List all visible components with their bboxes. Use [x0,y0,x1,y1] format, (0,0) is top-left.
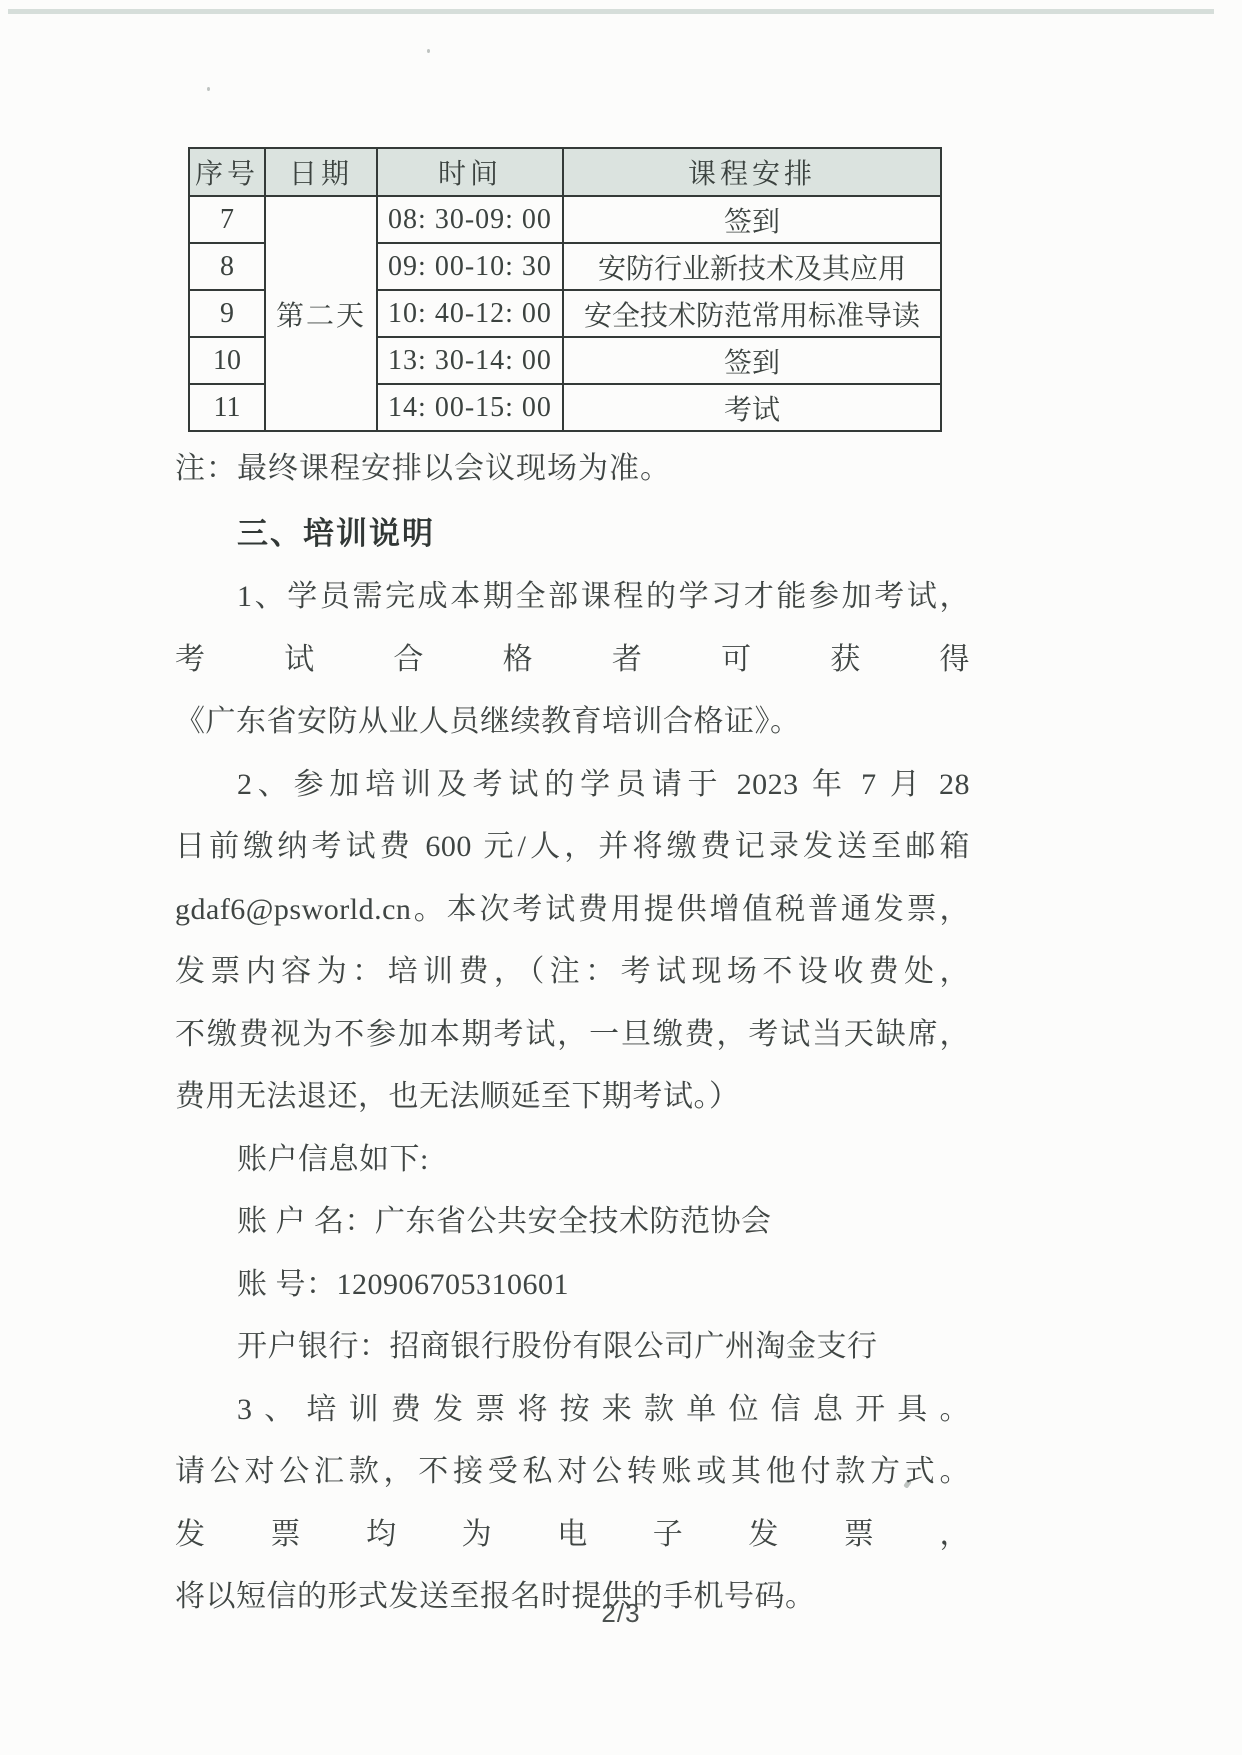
cell-course: 签到 [563,196,941,243]
schedule-header-cell: 日期 [265,148,377,196]
cell-course: 考试 [563,384,941,431]
cell-time: 08: 30-09: 00 [377,196,563,243]
paragraph: 3、培训费发票将按来款单位信息开具。请公对公汇款，不接受私对公转账或其他付款方式… [175,1379,970,1629]
scanner-edge-artifact [8,9,1214,14]
schedule-header-row: 序号日期时间课程安排 [189,148,941,196]
schedule-table: 序号日期时间课程安排 7第二天08: 30-09: 00签到809: 00-10… [188,147,942,432]
cell-sequence-number: 10 [189,337,265,384]
cell-time: 14: 00-15: 00 [377,384,563,431]
schedule-header-cell: 时间 [377,148,563,196]
paragraph: 2、参加培训及考试的学员请于 2023 年 7 月 28 日前缴纳考试费 600… [175,754,970,1129]
cell-course: 安防行业新技术及其应用 [563,243,941,290]
schedule-table-body: 7第二天08: 30-09: 00签到809: 00-10: 30安防行业新技术… [189,196,941,431]
cell-course: 签到 [563,337,941,384]
cell-sequence-number: 11 [189,384,265,431]
schedule-note: 注：最终课程安排以会议现场为准。 [175,438,970,500]
cell-time: 10: 40-12: 00 [377,290,563,337]
section-heading: 三、培训说明 [175,508,970,560]
paragraph: 账 户 名：广东省公共安全技术防范协会 [175,1191,970,1254]
scan-speck [207,87,210,91]
cell-sequence-number: 9 [189,290,265,337]
paragraph: 账户信息如下: [175,1129,970,1192]
schedule-table-container: 序号日期时间课程安排 7第二天08: 30-09: 00签到809: 00-10… [188,147,942,432]
table-row: 7第二天08: 30-09: 00签到 [189,196,941,243]
schedule-header-cell: 序号 [189,148,265,196]
cell-course: 安全技术防范常用标准导读 [563,290,941,337]
cell-time: 09: 00-10: 30 [377,243,563,290]
paragraph: 1、学员需完成本期全部课程的学习才能参加考试，考试合格者可获得《广东省安防从业人… [175,566,970,754]
cell-day-merged: 第二天 [265,196,377,431]
cell-sequence-number: 7 [189,196,265,243]
schedule-header-cell: 课程安排 [563,148,941,196]
cell-time: 13: 30-14: 00 [377,337,563,384]
page-number: 2/3 [0,1598,1242,1629]
paragraph: 开户银行：招商银行股份有限公司广州淘金支行 [175,1316,970,1379]
document-body: 注：最终课程安排以会议现场为准。 三、培训说明 1、学员需完成本期全部课程的学习… [175,438,970,1629]
paragraph-list: 1、学员需完成本期全部课程的学习才能参加考试，考试合格者可获得《广东省安防从业人… [175,566,970,1629]
cell-sequence-number: 8 [189,243,265,290]
paragraph: 账 号：120906705310601 [175,1254,970,1317]
scan-speck [427,49,430,53]
